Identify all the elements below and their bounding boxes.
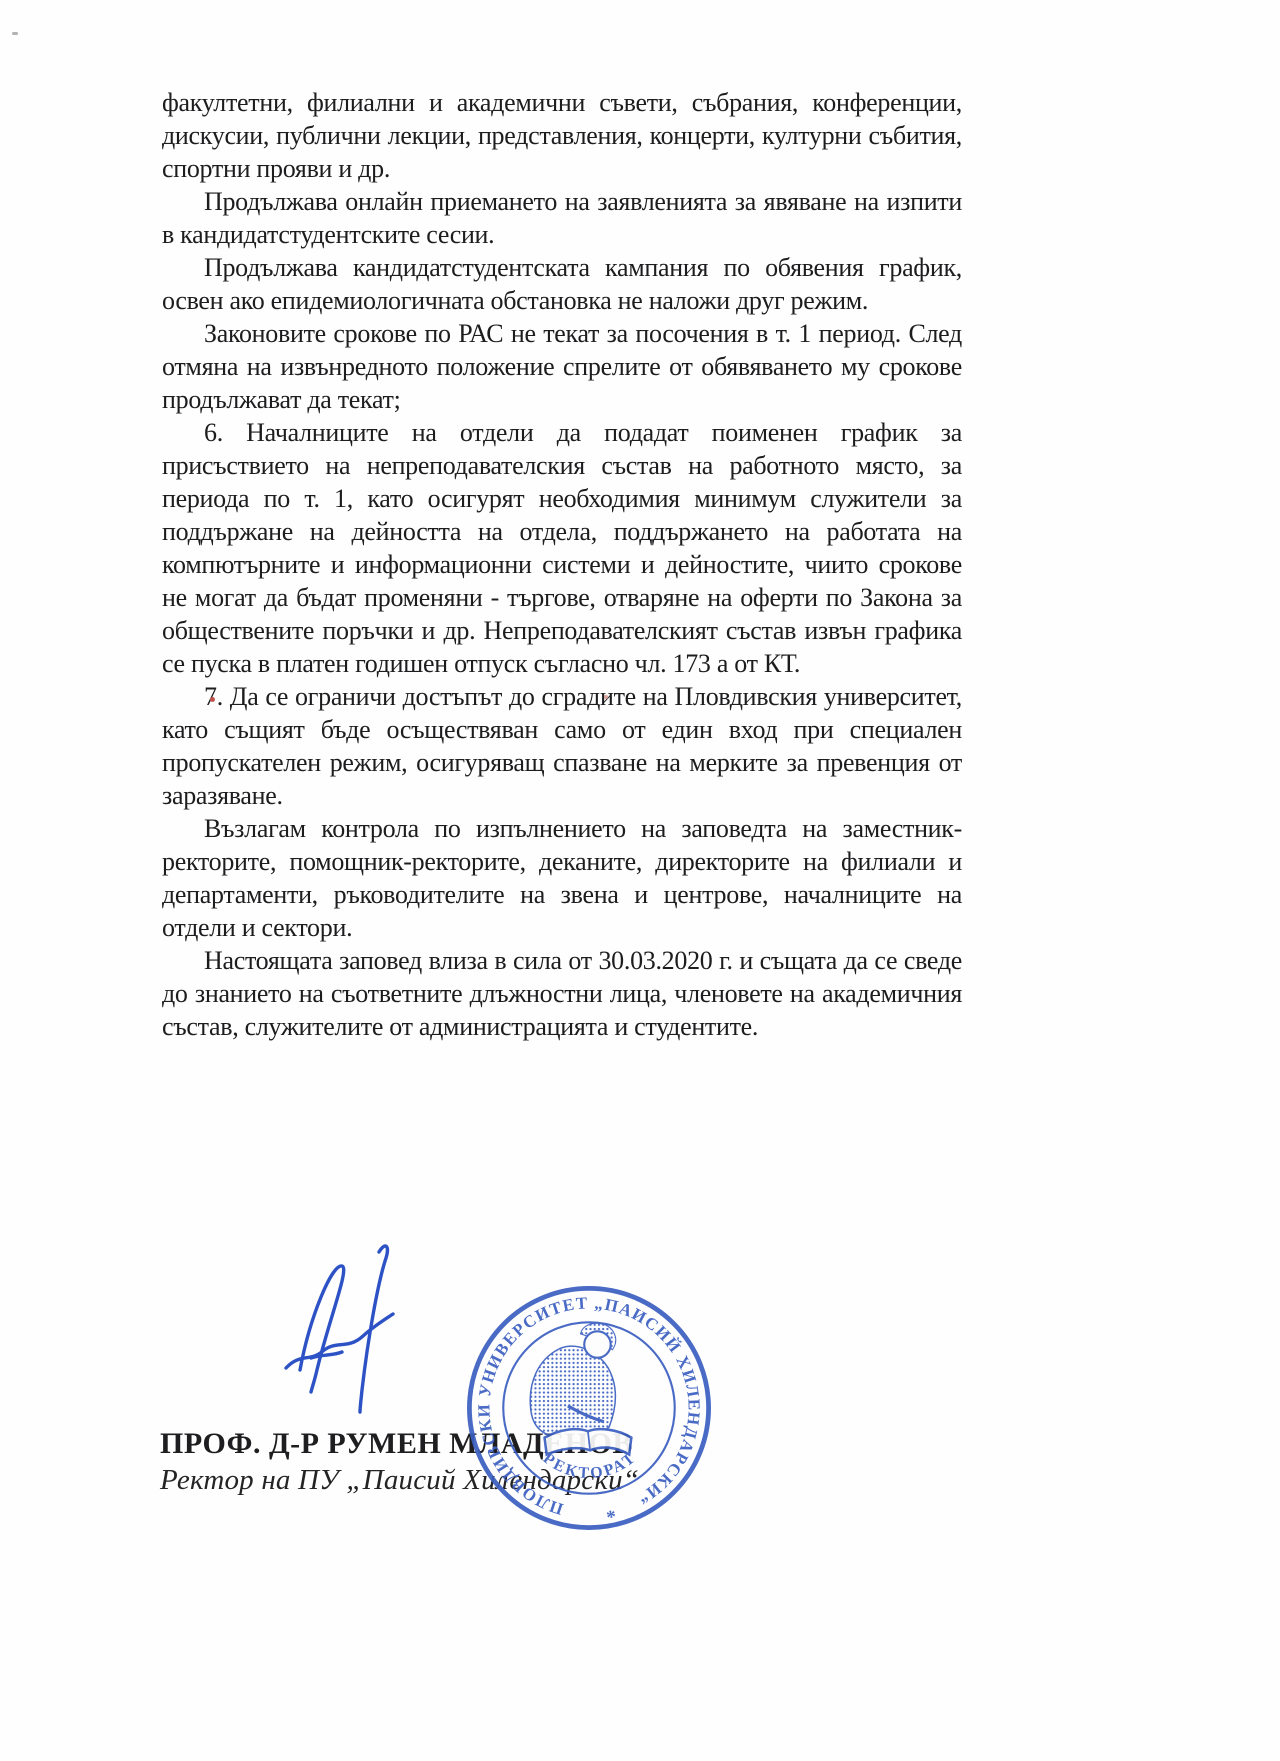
paragraph-item-7: 7. Да се ограничи достъпът до сградите н…: [162, 680, 962, 812]
stamp-center-text: РЕКТОРАТ: [540, 1448, 640, 1482]
paragraph-admission-campaign: Продължава кандидатстудентската кампания…: [162, 251, 962, 317]
paragraph-entry-into-force: Настоящата заповед влиза в сила от 30.03…: [162, 944, 962, 1043]
scanned-order-page: факултетни, филиални и академични съвети…: [0, 0, 1280, 1761]
scan-artifact: [210, 697, 215, 702]
handwritten-signature: [266, 1240, 451, 1430]
stamp-emblem-paisii-icon: [530, 1323, 631, 1454]
stamp-separator-star: *: [603, 1500, 617, 1522]
scan-artifact: [12, 32, 18, 35]
paragraph-legal-deadlines: Законовите срокове по РАС не текат за по…: [162, 317, 962, 416]
university-stamp: ПЛОВДИВСКИ УНИВЕРСИТЕТ „ПАИСИЙ ХИЛЕНДАРС…: [462, 1281, 716, 1535]
paragraph-control-assignment: Възлагам контрола по изпълнението на зап…: [162, 812, 962, 944]
paragraph-item-6: 6. Началниците на отдели да подадат поим…: [162, 416, 962, 680]
document-body: факултетни, филиални и академични съвети…: [162, 86, 962, 1043]
paragraph-continuation: факултетни, филиални и академични съвети…: [162, 86, 962, 185]
paragraph-online-applications: Продължава онлайн приемането на заявлени…: [162, 185, 962, 251]
scan-artifact: [604, 695, 608, 699]
